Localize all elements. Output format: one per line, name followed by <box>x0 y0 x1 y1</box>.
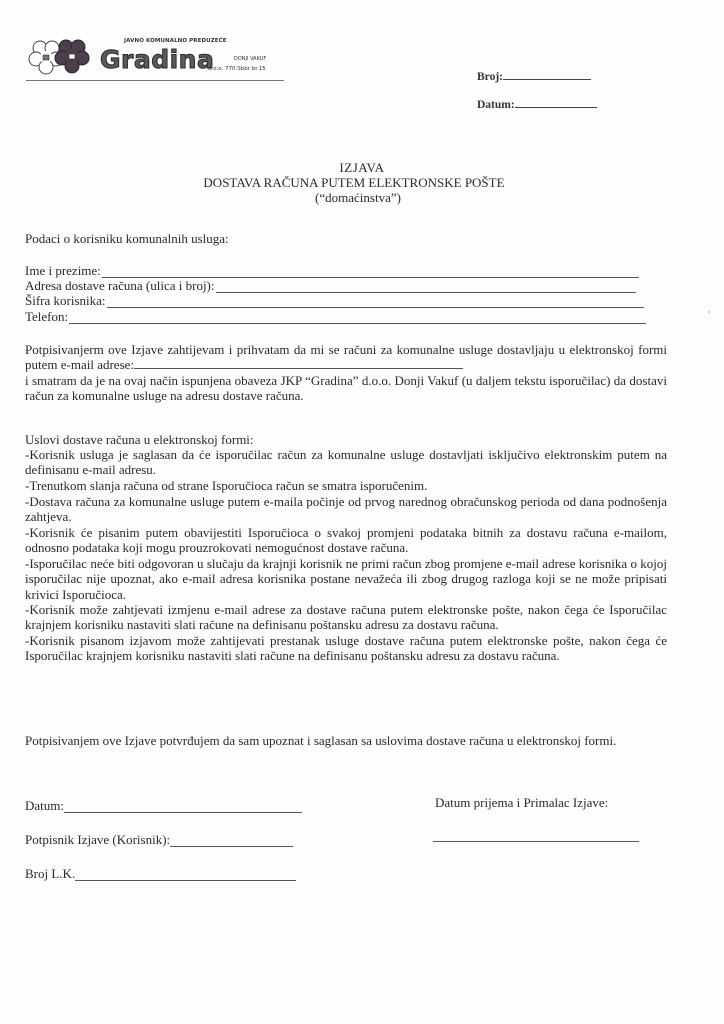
datum-label: Datum: <box>477 99 515 111</box>
address-input[interactable] <box>216 282 636 293</box>
header-rule <box>26 80 284 81</box>
sign-date-label: Datum: <box>25 798 64 813</box>
name-input[interactable] <box>102 267 639 278</box>
doc-subtitle: DOSTAVA RAČUNA PUTEM ELEKTRONSKE POŠTE <box>0 175 716 190</box>
conditions-heading: Uslovi dostave računa u elektronskoj for… <box>25 432 254 447</box>
address-label: Adresa dostave računa (ulica i broj): <box>25 278 215 293</box>
id-card-label: Broj L.K. <box>25 866 75 881</box>
customer-code-label: Šifra korisnika: <box>25 293 106 308</box>
name-field: Ime i prezime: <box>25 263 639 278</box>
request-paragraph: Potpisivanjerm ove Izjave zahtijevam i p… <box>25 342 667 404</box>
condition-item: -Isporučilac neće biti odgovoran u sluča… <box>25 556 667 602</box>
id-card-field: Broj L.K. <box>25 866 296 881</box>
customer-code-input[interactable] <box>107 297 644 308</box>
phone-field: Telefon: <box>25 309 646 324</box>
condition-item: -Korisnik usluga je saglasan da će ispor… <box>25 447 667 478</box>
broj-label: Broj: <box>477 71 503 83</box>
broj-field: Broj: <box>477 70 591 83</box>
phone-label: Telefon: <box>25 309 68 324</box>
scan-speck <box>708 311 710 313</box>
receiver-label: Datum prijema i Primalac Izjave: <box>435 795 608 810</box>
request-text-part2: i smatram da je na ovaj način ispunjena … <box>25 373 667 403</box>
company-type: JAVNO KOMUNALNO PREDUZEĆE <box>124 38 227 44</box>
condition-item: -Trenutkom slanja računa od strane Ispor… <box>25 478 667 493</box>
flower-logo-icon <box>26 36 96 80</box>
phone-input[interactable] <box>69 313 646 324</box>
company-legal: d.o.o. 770.Sbbr br.15 <box>208 66 266 72</box>
sign-date-input[interactable] <box>64 802 302 813</box>
brand-name: Gradina <box>100 47 214 72</box>
condition-item: -Korisnik može zahtjevati izmjenu e-mail… <box>25 602 667 633</box>
datum-field: Datum: <box>477 98 597 111</box>
company-place: DONJI VAKUF <box>234 56 266 62</box>
condition-item: -Korisnik će pisanim putem obavijestiti … <box>25 525 667 556</box>
condition-item: -Dostava računa za komunalne usluge pute… <box>25 494 667 525</box>
name-label: Ime i prezime: <box>25 263 101 278</box>
customer-code-field: Šifra korisnika: <box>25 293 644 308</box>
signer-field: Potpisnik Izjave (Korisnik): <box>25 832 293 847</box>
email-input[interactable] <box>134 358 463 369</box>
user-data-heading: Podaci o korisniku komunalnih usluga: <box>25 231 229 246</box>
id-card-input[interactable] <box>75 870 296 881</box>
address-field: Adresa dostave računa (ulica i broj): <box>25 278 636 293</box>
broj-input[interactable] <box>503 70 591 80</box>
doc-subtitle-note: (“domaćinstva”) <box>0 190 720 205</box>
signer-label: Potpisnik Izjave (Korisnik): <box>25 832 170 847</box>
condition-item: -Korisnik pisanom izjavom može zahtijeva… <box>25 633 667 664</box>
doc-title: IZJAVA <box>0 160 724 175</box>
document-page: JAVNO KOMUNALNO PREDUZEĆE Gradina DONJI … <box>0 0 724 1024</box>
sign-date-field: Datum: <box>25 798 302 813</box>
datum-input[interactable] <box>515 98 597 108</box>
company-logo: JAVNO KOMUNALNO PREDUZEĆE Gradina DONJI … <box>26 36 296 84</box>
confirmation-paragraph: Potpisivanjem ove Izjave potvrđujem da s… <box>25 733 667 748</box>
receiver-signature-line[interactable] <box>433 841 639 842</box>
signer-input[interactable] <box>170 836 293 847</box>
